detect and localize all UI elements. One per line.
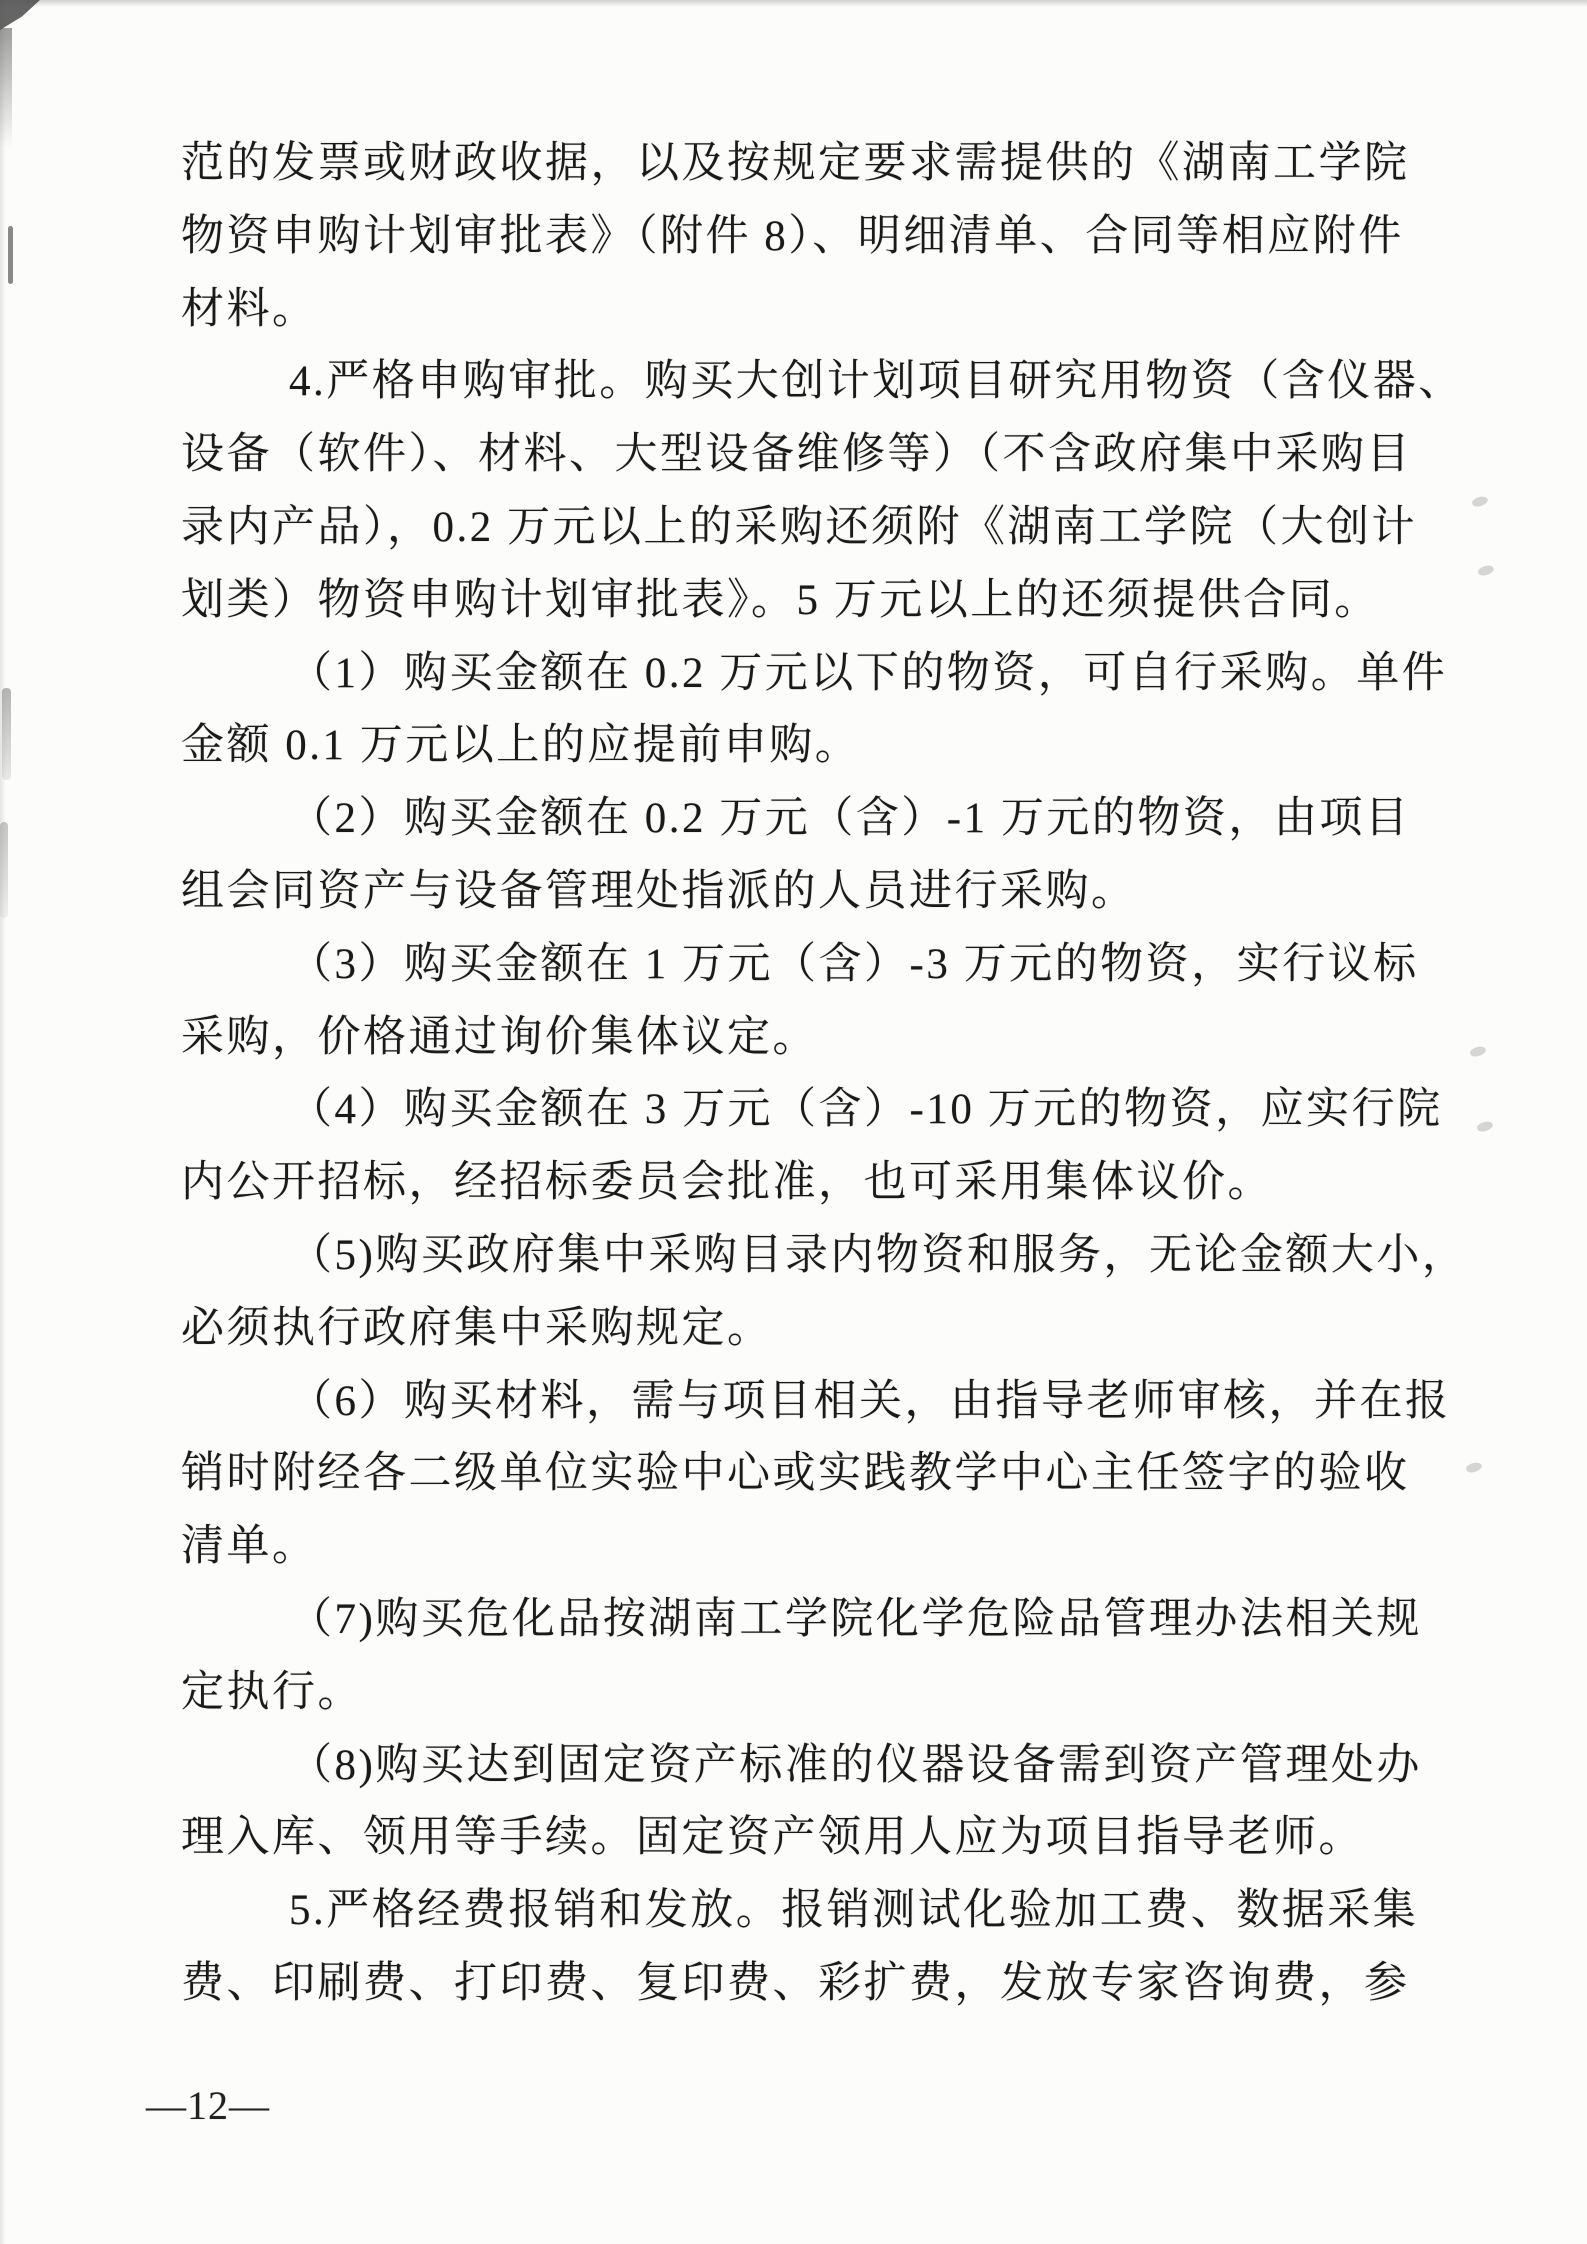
text-line: 范的发票或财政收据，以及按规定要求需提供的《湖南工学院 <box>181 128 1427 201</box>
text-line: 定执行。 <box>181 1657 1427 1730</box>
text-line: 组会同资产与设备管理处指派的人员进行采购。 <box>181 856 1427 929</box>
text-line: 内公开招标，经招标委员会批准，也可采用集体议价。 <box>181 1147 1427 1220</box>
scan-artifact-speck <box>1465 1461 1483 1475</box>
scan-artifact-speck <box>1469 1045 1487 1059</box>
scan-artifact-speck <box>1476 1120 1494 1134</box>
text-line: 采购，价格通过询价集体议定。 <box>181 1002 1427 1075</box>
text-line: （5)购买政府集中采购目录内物资和服务，无论金额大小， <box>181 1220 1427 1293</box>
text-line: 清单。 <box>181 1511 1427 1584</box>
text-line: 金额 0.1 万元以上的应提前申购。 <box>181 710 1427 783</box>
text-line: 物资申购计划审批表》（附件 8）、明细清单、合同等相应附件 <box>181 201 1427 274</box>
scan-artifact-speck <box>1471 495 1489 509</box>
scan-artifact-corner-streak <box>0 28 12 148</box>
scan-artifact-left-mark <box>0 822 8 918</box>
text-line: 5.严格经费报销和发放。报销测试化验加工费、数据采集 <box>181 1875 1427 1948</box>
text-line: 销时附经各二级单位实验中心或实践教学中心主任签字的验收 <box>181 1438 1427 1511</box>
text-line: 材料。 <box>181 274 1427 347</box>
text-line: （4）购买金额在 3 万元（含）-10 万元的物资，应实行院 <box>181 1074 1427 1147</box>
text-line: 4.严格申购审批。购买大创计划项目研究用物资（含仪器、 <box>181 346 1427 419</box>
scan-artifact-speck <box>1477 564 1495 578</box>
scan-edge-shade-left <box>0 0 6 2244</box>
text-line: 必须执行政府集中采购规定。 <box>181 1293 1427 1366</box>
text-line: （8)购买达到固定资产标准的仪器设备需到资产管理处办 <box>181 1730 1427 1803</box>
text-line: （6）购买材料，需与项目相关，由指导老师审核，并在报 <box>181 1366 1427 1439</box>
scan-artifact-corner <box>0 0 40 30</box>
text-line: 理入库、领用等手续。固定资产领用人应为项目指导老师。 <box>181 1802 1427 1875</box>
text-line: （2）购买金额在 0.2 万元（含）-1 万元的物资，由项目 <box>181 783 1427 856</box>
text-line: 设备（软件）、材料、大型设备维修等）（不含政府集中采购目 <box>181 419 1427 492</box>
text-line: （1）购买金额在 0.2 万元以下的物资，可自行采购。单件 <box>181 638 1427 711</box>
text-line: （3）购买金额在 1 万元（含）-3 万元的物资，实行议标 <box>181 929 1427 1002</box>
document-text: 范的发票或财政收据，以及按规定要求需提供的《湖南工学院 物资申购计划审批表》（附… <box>181 128 1427 2021</box>
text-line: 划类）物资申购计划审批表》。5 万元以上的还须提供合同。 <box>181 565 1427 638</box>
scan-edge-shade-top <box>0 0 1587 7</box>
text-line: （7)购买危化品按湖南工学院化学危险品管理办法相关规 <box>181 1584 1427 1657</box>
page-number: —12— <box>146 2082 270 2129</box>
scan-artifact-left-mark <box>8 226 13 284</box>
text-line: 录内产品），0.2 万元以上的采购还须附《湖南工学院（大创计 <box>181 492 1427 565</box>
document-page: 范的发票或财政收据，以及按规定要求需提供的《湖南工学院 物资申购计划审批表》（附… <box>0 0 1587 2244</box>
text-line: 费、印刷费、打印费、复印费、彩扩费，发放专家咨询费，参 <box>181 1948 1427 2021</box>
scan-artifact-left-mark <box>2 688 11 780</box>
